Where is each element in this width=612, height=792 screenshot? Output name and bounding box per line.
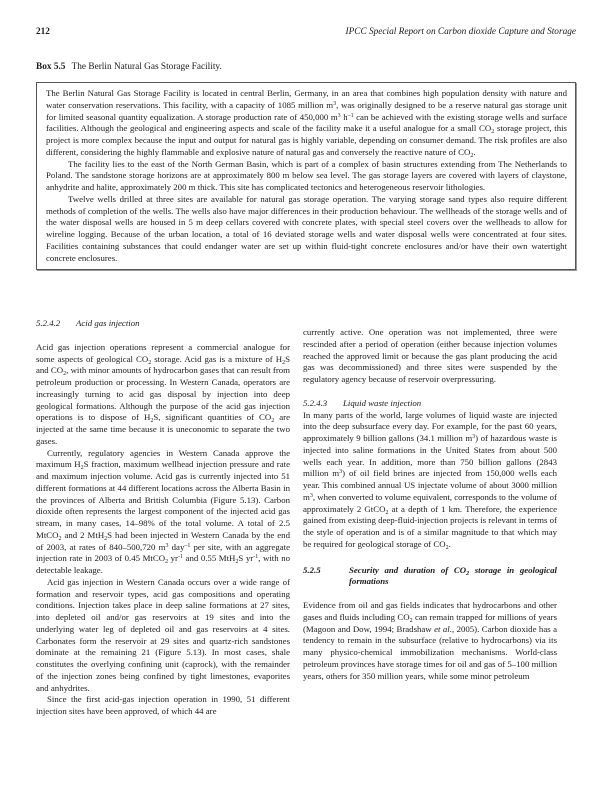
box-paragraph-2: The facility lies to the east of the Nor… [46, 159, 567, 194]
paragraph: currently active. One operation was not … [303, 327, 557, 386]
paragraph: In many parts of the world, large volume… [303, 410, 557, 551]
box-label: Box 5.5 [36, 62, 65, 72]
box-caption: Box 5.5 The Berlin Natural Gas Storage F… [36, 62, 222, 72]
box-title: The Berlin Natural Gas Storage Facility. [72, 62, 222, 72]
section-heading-5-2-4-3: 5.2.4.3Liquid waste injection [303, 398, 557, 410]
left-column: 5.2.4.2Acid gas injection Acid gas injec… [36, 318, 290, 718]
box-paragraph-3: Twelve wells drilled at three sites are … [46, 194, 567, 265]
page-number: 212 [36, 27, 50, 37]
section-heading-5-2-5: 5.2.5Security and duration of CO2 storag… [303, 565, 557, 589]
running-title: IPCC Special Report on Carbon dioxide Ca… [345, 27, 576, 37]
box-paragraph-1: The Berlin Natural Gas Storage Facility … [46, 88, 567, 159]
paragraph: Since the first acid-gas injection opera… [36, 694, 290, 718]
page-header: 212 IPCC Special Report on Carbon dioxid… [36, 27, 576, 41]
paragraph: Acid gas injection in Western Canada occ… [36, 577, 290, 695]
right-column: currently active. One operation was not … [303, 327, 557, 682]
section-heading-5-2-4-2: 5.2.4.2Acid gas injection [36, 318, 290, 330]
box-5-5: The Berlin Natural Gas Storage Facility … [36, 82, 576, 270]
paragraph: Acid gas injection operations represent … [36, 342, 290, 448]
paragraph: Currently, regulatory agencies in Wester… [36, 448, 290, 577]
paragraph: Evidence from oil and gas fields indicat… [303, 600, 557, 682]
